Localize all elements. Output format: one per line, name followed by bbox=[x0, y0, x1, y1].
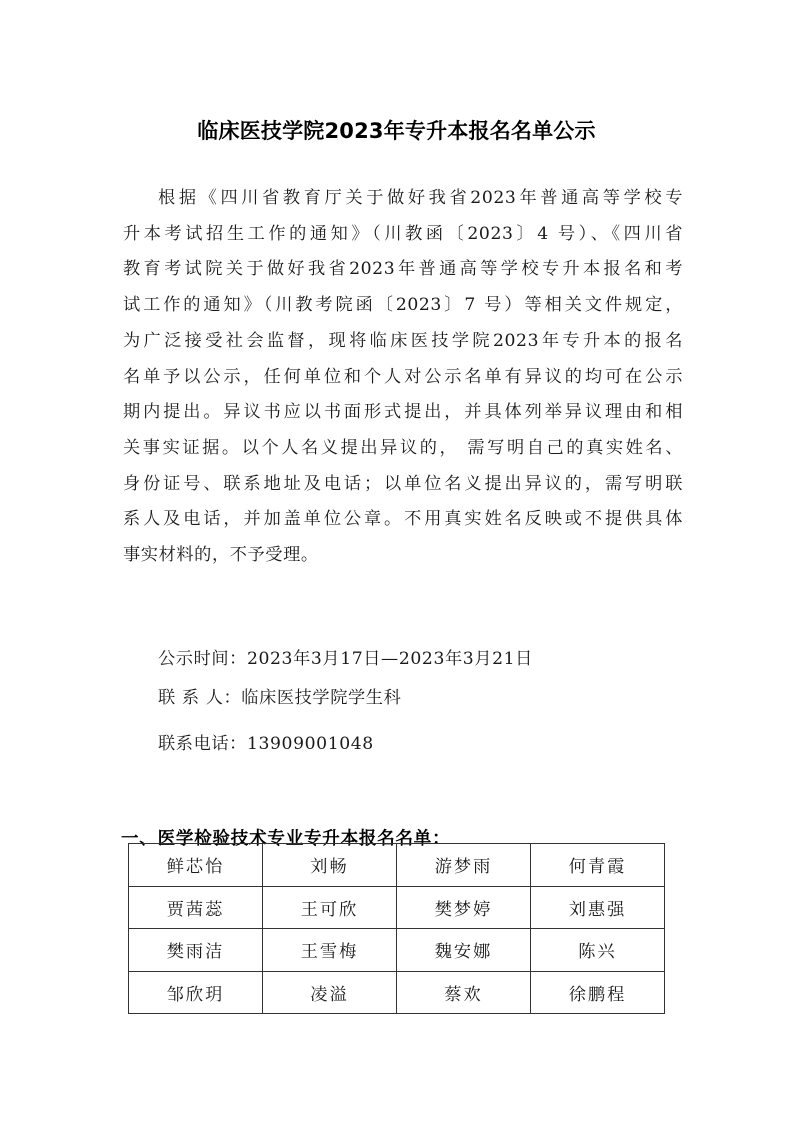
body-line: 名单予以公示，任何单位和个人对公示名单有异议的均可在公示 bbox=[123, 360, 683, 396]
body-line: 教育考试院关于做好我省2023年普通高等学校专升本报名和考 bbox=[123, 252, 683, 288]
name-cell: 贾茜蕊 bbox=[129, 886, 263, 929]
name-cell: 游梦雨 bbox=[397, 844, 531, 887]
table-row: 贾茜蕊 王可欣 樊梦婷 刘惠强 bbox=[129, 886, 665, 929]
body-line: 升本考试招生工作的通知》（川教函〔2023〕4 号）、《四川省 bbox=[123, 217, 683, 253]
announcement-body: 根据《四川省教育厅关于做好我省2023年普通高等学校专 升本考试招生工作的通知》… bbox=[123, 181, 683, 574]
name-cell: 何青霞 bbox=[531, 844, 665, 887]
name-cell: 刘畅 bbox=[263, 844, 397, 887]
name-cell: 刘惠强 bbox=[531, 886, 665, 929]
body-line: 试工作的通知》（川教考院函〔2023〕7 号）等相关文件规定， bbox=[123, 288, 683, 324]
contact-person-value: 临床医技学院学生科 bbox=[241, 688, 401, 708]
table-row: 鲜芯怡 刘畅 游梦雨 何青霞 bbox=[129, 844, 665, 887]
body-line: 为广泛接受社会监督，现将临床医技学院2023年专升本的报名 bbox=[123, 324, 683, 360]
body-line: 事实材料的，不予受理。 bbox=[123, 538, 683, 574]
table-row: 邹欣玥 凌溢 蔡欢 徐鹏程 bbox=[129, 971, 665, 1014]
name-cell: 蔡欢 bbox=[397, 971, 531, 1014]
publicity-period-value: 2023年3月17日—2023年3月21日 bbox=[247, 649, 533, 669]
name-cell: 魏安娜 bbox=[397, 929, 531, 972]
name-cell: 王可欣 bbox=[263, 886, 397, 929]
name-cell: 徐鹏程 bbox=[531, 971, 665, 1014]
body-line: 系人及电话，并加盖单位公章。不用真实姓名反映或不提供具体 bbox=[123, 502, 683, 538]
names-table: 鲜芯怡 刘畅 游梦雨 何青霞 贾茜蕊 王可欣 樊梦婷 刘惠强 樊雨洁 王雪梅 魏… bbox=[128, 843, 665, 1014]
body-line: 身份证号、联系地址及电话；以单位名义提出异议的，需写明联 bbox=[123, 467, 683, 503]
name-cell: 邹欣玥 bbox=[129, 971, 263, 1014]
name-cell: 鲜芯怡 bbox=[129, 844, 263, 887]
contact-phone: 联系电话：13909001048 bbox=[158, 729, 374, 759]
contact-phone-label: 联系电话： bbox=[158, 734, 247, 754]
publicity-period-label: 公示时间： bbox=[158, 649, 247, 669]
contact-person-label: 联 系 人： bbox=[158, 688, 241, 708]
publicity-period: 公示时间：2023年3月17日—2023年3月21日 bbox=[158, 644, 533, 674]
name-cell: 凌溢 bbox=[263, 971, 397, 1014]
body-line: 根据《四川省教育厅关于做好我省2023年普通高等学校专 bbox=[123, 181, 683, 217]
page-title: 临床医技学院2023年专升本报名名单公示 bbox=[0, 116, 793, 146]
contact-person: 联 系 人：临床医技学院学生科 bbox=[158, 683, 401, 713]
contact-phone-value: 13909001048 bbox=[247, 734, 374, 754]
body-line: 关事实证据。以个人名义提出异议的， 需写明自己的真实姓名、 bbox=[123, 431, 683, 467]
name-cell: 樊梦婷 bbox=[397, 886, 531, 929]
name-cell: 王雪梅 bbox=[263, 929, 397, 972]
table-row: 樊雨洁 王雪梅 魏安娜 陈兴 bbox=[129, 929, 665, 972]
body-line: 期内提出。异议书应以书面形式提出，并具体列举异议理由和相 bbox=[123, 395, 683, 431]
name-cell: 陈兴 bbox=[531, 929, 665, 972]
name-cell: 樊雨洁 bbox=[129, 929, 263, 972]
